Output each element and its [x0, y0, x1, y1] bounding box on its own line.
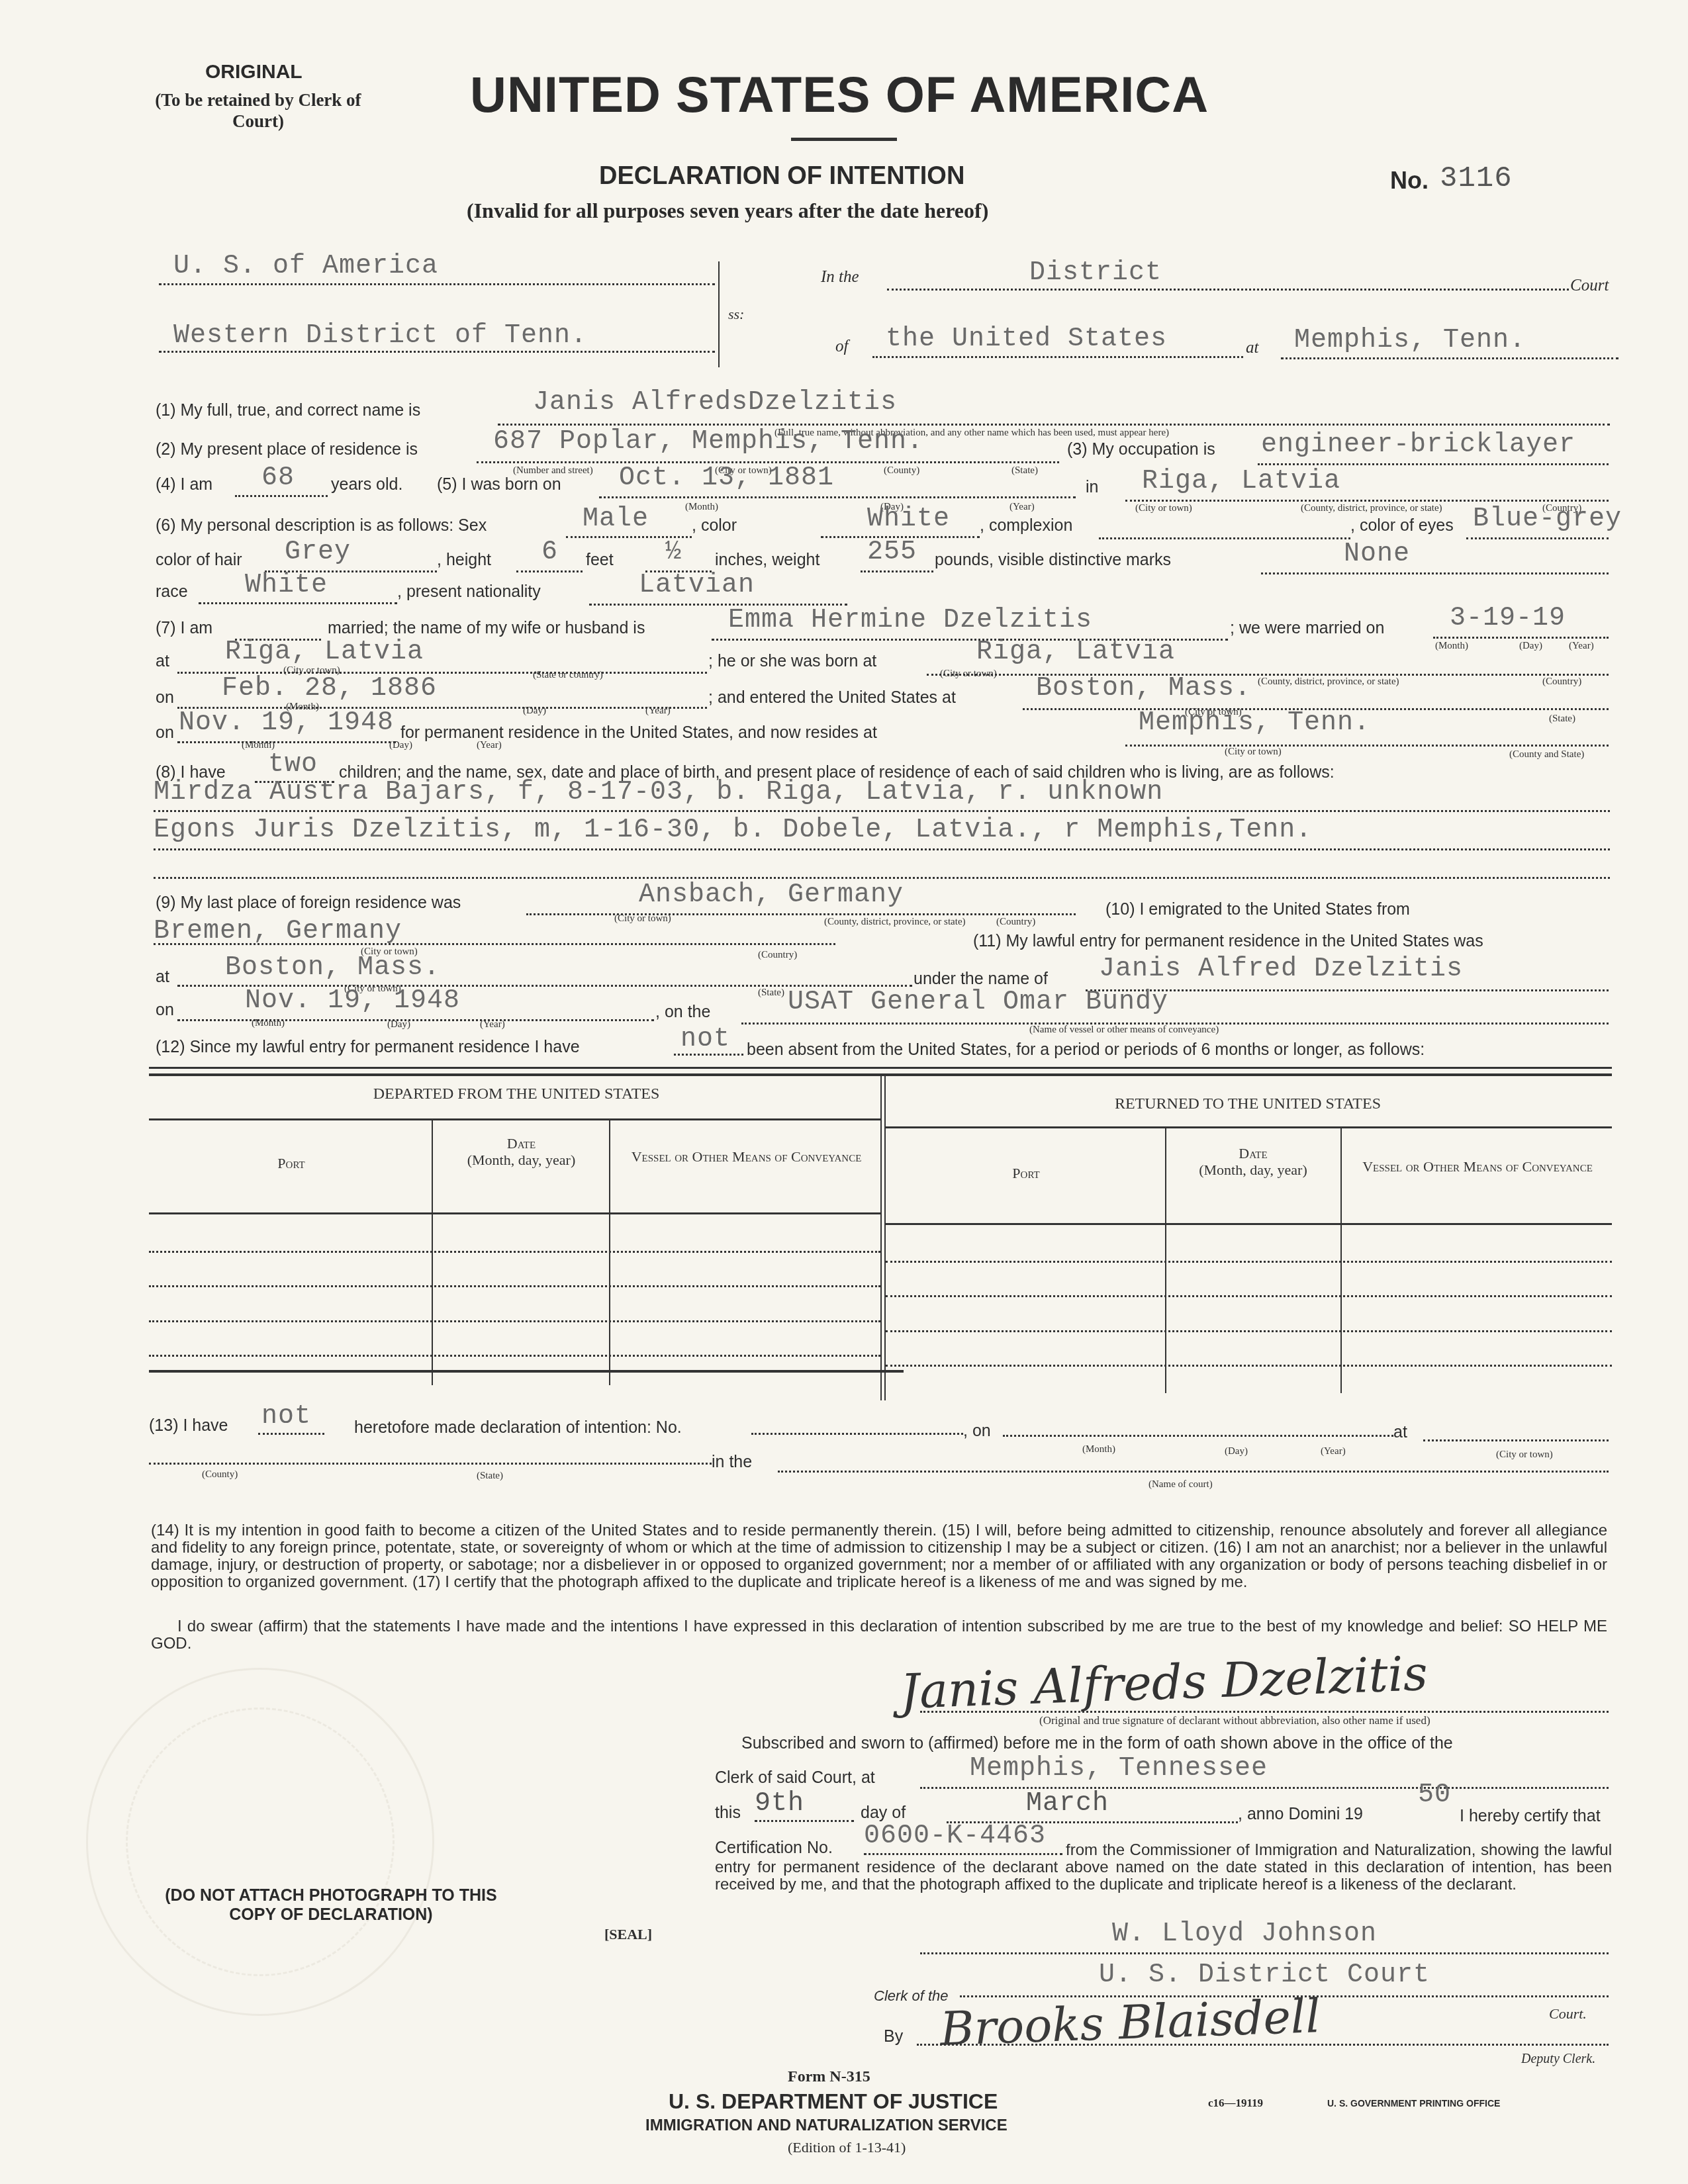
weight: 255: [867, 537, 917, 567]
caption: (City or town): [1225, 747, 1282, 758]
q12-rest: been absent from the United States, for …: [747, 1040, 1425, 1060]
nationality-label: , present nationality: [397, 582, 541, 602]
caption: (Year): [645, 705, 671, 717]
table-row: [149, 1320, 880, 1322]
table-row: [149, 1251, 880, 1253]
color: White: [867, 504, 950, 534]
vessel-name: USAT General Omar Bundy: [788, 987, 1168, 1017]
q7-mid-label: married; the name of my wife or husband …: [328, 619, 645, 638]
court-location: Memphis, Tenn.: [1294, 326, 1526, 355]
clerk-court: U. S. District Court: [1099, 1960, 1430, 1990]
caption: (Year): [1009, 502, 1035, 513]
caption: (State): [1011, 465, 1038, 477]
court-label: Court: [1570, 277, 1609, 295]
years-old-label: years old.: [331, 475, 402, 494]
q12-label: (12) Since my lawful entry for permanent…: [156, 1038, 580, 1057]
height-feet: 6: [541, 537, 558, 567]
court-type: District: [1029, 258, 1162, 288]
marriage-place: Riga, Latvia: [225, 637, 424, 667]
marks-label: pounds, visible distinctive marks: [935, 551, 1171, 570]
at-label: at: [1393, 1423, 1407, 1442]
court-of: the United States: [886, 324, 1167, 354]
declarant-signature: Janis Alfreds Dzelzitis: [900, 1645, 1429, 1719]
caption: (State): [1549, 713, 1575, 725]
caption: (Year): [1321, 1446, 1346, 1457]
venue-line2: Western District of Tenn.: [173, 321, 587, 351]
col-returned-vessel: Vessel or Other Means of Conveyance: [1345, 1158, 1610, 1175]
caption: (County and State): [1509, 749, 1584, 760]
children-count: two: [268, 750, 318, 780]
cert-rest-text: from the Commissioner of Immigration and…: [715, 1841, 1612, 1893]
nationality: Latvian: [639, 570, 755, 600]
printer: U. S. GOVERNMENT PRINTING OFFICE: [1327, 2098, 1500, 2109]
sworn-day: 9th: [755, 1789, 804, 1819]
original-label: ORIGINAL: [205, 61, 303, 83]
caption: (Day): [387, 1019, 410, 1030]
departed-header: DEPARTED FROM THE UNITED STATES: [152, 1085, 880, 1104]
caption: (County): [202, 1469, 238, 1480]
table-row: [886, 1295, 1612, 1297]
entry-date: Nov. 19, 1948: [245, 986, 460, 1016]
spouse-entry-date: Nov. 19, 1948: [179, 708, 394, 738]
oath-paragraph: (14) It is my intention in good faith to…: [151, 1522, 1607, 1591]
number-label: No.: [1390, 167, 1429, 195]
on-the-label: , on the: [655, 1003, 710, 1022]
col-date-label: Date: [1239, 1145, 1267, 1161]
resides-label: for permanent residence in the United St…: [400, 723, 877, 743]
ss-label: ss:: [728, 306, 744, 323]
on-label: , on: [963, 1422, 991, 1441]
child-2: Egons Juris Dzelzitis, m, 1-16-30, b. Do…: [154, 815, 1312, 845]
birth-date: Oct. 13, 1881: [619, 463, 834, 493]
residence: 687 Poplar, Memphis, Tenn.: [493, 427, 923, 457]
spouse-residence: Memphis, Tenn.: [1139, 708, 1370, 738]
venue-line1: U. S. of America: [173, 251, 438, 281]
certify-label: I hereby certify that: [1460, 1807, 1601, 1826]
q6-label: (6) My personal description is as follow…: [156, 516, 487, 535]
by-label: By: [884, 2027, 903, 2046]
caption: (Country): [996, 917, 1035, 928]
col-date-sub: (Month, day, year): [1199, 1161, 1307, 1178]
doc-title: DECLARATION OF INTENTION: [599, 162, 964, 191]
col-returned-date: Date(Month, day, year): [1166, 1145, 1340, 1179]
this-label: this: [715, 1803, 741, 1823]
caption: (County): [884, 465, 919, 477]
caption: (Month): [1435, 641, 1468, 652]
print-code: c16—19119: [1208, 2097, 1263, 2110]
marriage-date: 3-19-19: [1450, 604, 1566, 633]
caption: (Year): [1569, 641, 1594, 652]
edition: (Edition of 1-13-41): [788, 2139, 906, 2156]
seal-label: [SEAL]: [604, 1926, 652, 1943]
ss-bracket: [718, 261, 720, 367]
in-the-label: in the: [712, 1453, 752, 1472]
caption: (Name of court): [1149, 1479, 1213, 1490]
on-label: on: [156, 688, 174, 707]
q13-rest: heretofore made declaration of intention…: [354, 1418, 682, 1437]
sworn-year: 50: [1418, 1780, 1451, 1810]
caption: (State): [758, 987, 784, 999]
sex: Male: [583, 504, 649, 534]
entry-place: Boston, Mass.: [225, 953, 440, 983]
prior-declaration-status: not: [261, 1402, 311, 1432]
sworn-month: March: [1026, 1789, 1109, 1819]
birth-place: Riga, Latvia: [1142, 467, 1340, 496]
inches-weight-label: inches, weight: [715, 551, 820, 570]
returned-header: RETURNED TO THE UNITED STATES: [887, 1095, 1609, 1114]
height-label: , height: [437, 551, 491, 570]
hair-color: Grey: [285, 537, 351, 567]
caption: (Month): [252, 1018, 285, 1029]
clerk-of-label: Clerk of the: [874, 1987, 949, 2005]
q4-label: (4) I am: [156, 475, 212, 494]
caption: (State): [477, 1471, 503, 1482]
spouse-name: Emma Hermine Dzelzitis: [728, 606, 1092, 635]
caption: (Day): [523, 705, 546, 717]
of-label: of: [835, 338, 848, 356]
race-label: race: [156, 582, 188, 602]
col-departed-vessel: Vessel or Other Means of Conveyance: [616, 1148, 877, 1165]
col-departed-date: Date(Month, day, year): [434, 1135, 609, 1169]
col-returned-port: Port: [887, 1165, 1165, 1181]
title-underline: [791, 138, 897, 141]
at-label: at: [156, 968, 169, 987]
color-label: , color: [692, 516, 737, 535]
spouse-entry-place: Boston, Mass.: [1036, 674, 1251, 704]
caption: (Month): [1082, 1444, 1115, 1455]
caption: (County, district, province, or state): [1301, 503, 1442, 514]
q11-label: (11) My lawful entry for permanent resid…: [973, 932, 1483, 951]
q5-label: (5) I was born on: [437, 475, 561, 494]
dept-name: U. S. DEPARTMENT OF JUSTICE: [669, 2089, 998, 2114]
caption: (Country): [1542, 676, 1581, 688]
declaration-number: 3116: [1440, 162, 1513, 195]
full-name: Janis AlfredsDzelzitis: [533, 388, 897, 418]
caption: (City or town): [940, 668, 997, 680]
occupation: engineer-bricklayer: [1261, 430, 1575, 460]
prior-declaration-no: [751, 1433, 963, 1435]
height-inches: ½: [665, 537, 682, 567]
embossed-seal-inner: [126, 1707, 395, 1976]
age: 68: [261, 463, 295, 493]
in-the-label: In the: [821, 268, 859, 287]
under-name-label: under the name of: [914, 970, 1048, 989]
caption: (Day): [1519, 641, 1542, 652]
table-row: [886, 1330, 1612, 1332]
complexion-field: [1099, 537, 1350, 539]
caption: (Year): [480, 1019, 505, 1030]
deputy-signature: Brooks Blaisdell: [939, 1989, 1321, 2056]
feet-label: feet: [586, 551, 614, 570]
emigrated-from: Bremen, Germany: [154, 917, 402, 946]
last-foreign-residence: Ansbach, Germany: [639, 880, 904, 910]
at-label: at: [156, 652, 169, 671]
q7-label: (7) I am: [156, 619, 212, 638]
in-label: in: [1086, 478, 1098, 497]
q13-label: (13) I have: [149, 1416, 228, 1435]
q2-label: (2) My present place of residence is: [156, 440, 418, 459]
deputy-label: Deputy Clerk.: [1521, 2052, 1595, 2067]
caption: (State or country): [533, 670, 603, 681]
vessel-caption: (Name of vessel or other means of convey…: [1029, 1024, 1219, 1036]
day-of-label: day of: [861, 1803, 906, 1823]
caption: (City or town): [614, 913, 671, 925]
q10-label: (10) I emigrated to the United States fr…: [1105, 900, 1410, 919]
hair-label: color of hair: [156, 551, 242, 570]
sworn-place: Memphis, Tennessee: [970, 1754, 1268, 1784]
caption: (Country): [758, 950, 797, 961]
caption: (Month): [685, 502, 718, 513]
child-1: Mirdza Austra Bajars, f, 8-17-03, b. Rig…: [154, 778, 1163, 807]
clerk-at-label: Clerk of said Court, at: [715, 1768, 875, 1788]
absence-status: not: [680, 1024, 730, 1054]
photo-note: (DO NOT ATTACH PHOTOGRAPH TO THIS COPY O…: [159, 1886, 503, 1925]
complexion-label: , complexion: [980, 516, 1072, 535]
on-label: on: [156, 723, 174, 743]
caption: (Day): [1225, 1446, 1248, 1457]
doc-subtitle: (Invalid for all purposes seven years af…: [467, 199, 988, 223]
caption: (City or town): [1496, 1449, 1553, 1461]
eye-color: Blue-grey: [1473, 504, 1622, 534]
anno-label: , anno Domini 19: [1238, 1805, 1363, 1824]
prior-declaration-county: [149, 1463, 712, 1465]
prior-declaration-date: [1003, 1435, 1393, 1437]
clerk-name: W. Lloyd Johnson: [1112, 1919, 1377, 1949]
spouse-birthdate: Feb. 28, 1886: [222, 674, 437, 704]
court-label: Court.: [1549, 2005, 1587, 2023]
entry-name: Janis Alfred Dzelzitis: [1099, 954, 1463, 984]
married-on-label: ; we were married on: [1230, 619, 1384, 638]
table-row: [149, 1355, 880, 1357]
form-number: Form N-315: [788, 2068, 870, 2086]
at-label: at: [1246, 339, 1258, 357]
caption: (City or town): [1135, 503, 1192, 514]
q3-label: (3) My occupation is: [1067, 440, 1215, 459]
table-row: [886, 1261, 1612, 1263]
q9-label: (9) My last place of foreign residence w…: [156, 893, 461, 913]
table-row: [149, 1285, 880, 1287]
col-date-sub: (Month, day, year): [467, 1152, 576, 1168]
prior-declaration-court: [778, 1471, 1609, 1473]
eyes-label: , color of eyes: [1350, 516, 1454, 535]
col-date-label: Date: [507, 1135, 536, 1152]
service-name: IMMIGRATION AND NATURALIZATION SERVICE: [645, 2116, 1008, 2135]
caption: (County, district, province, or state): [1258, 676, 1399, 688]
jurat-line1: Subscribed and sworn to (affirmed) befor…: [741, 1734, 1453, 1753]
table-row: [886, 1365, 1612, 1367]
on-label: on: [156, 1001, 174, 1020]
prior-declaration-city: [1423, 1439, 1609, 1441]
retained-note: (To be retained by Clerk of Court): [152, 89, 364, 132]
distinctive-marks: None: [1344, 539, 1410, 569]
cert-rest: from the Commissioner of Immigration and…: [715, 1842, 1612, 1893]
spouse-born-label: ; he or she was born at: [708, 652, 876, 671]
spouse-birthplace: Riga, Latvia: [976, 637, 1175, 667]
country-title: UNITED STATES OF AMERICA: [470, 66, 1209, 124]
signature-caption: (Original and true signature of declaran…: [1039, 1714, 1430, 1727]
race: White: [245, 570, 328, 600]
entered-label: ; and entered the United States at: [708, 688, 956, 707]
col-departed-port: Port: [152, 1155, 430, 1171]
caption: (County, district, province, or state): [824, 917, 966, 928]
q1-label: (1) My full, true, and correct name is: [156, 401, 420, 420]
